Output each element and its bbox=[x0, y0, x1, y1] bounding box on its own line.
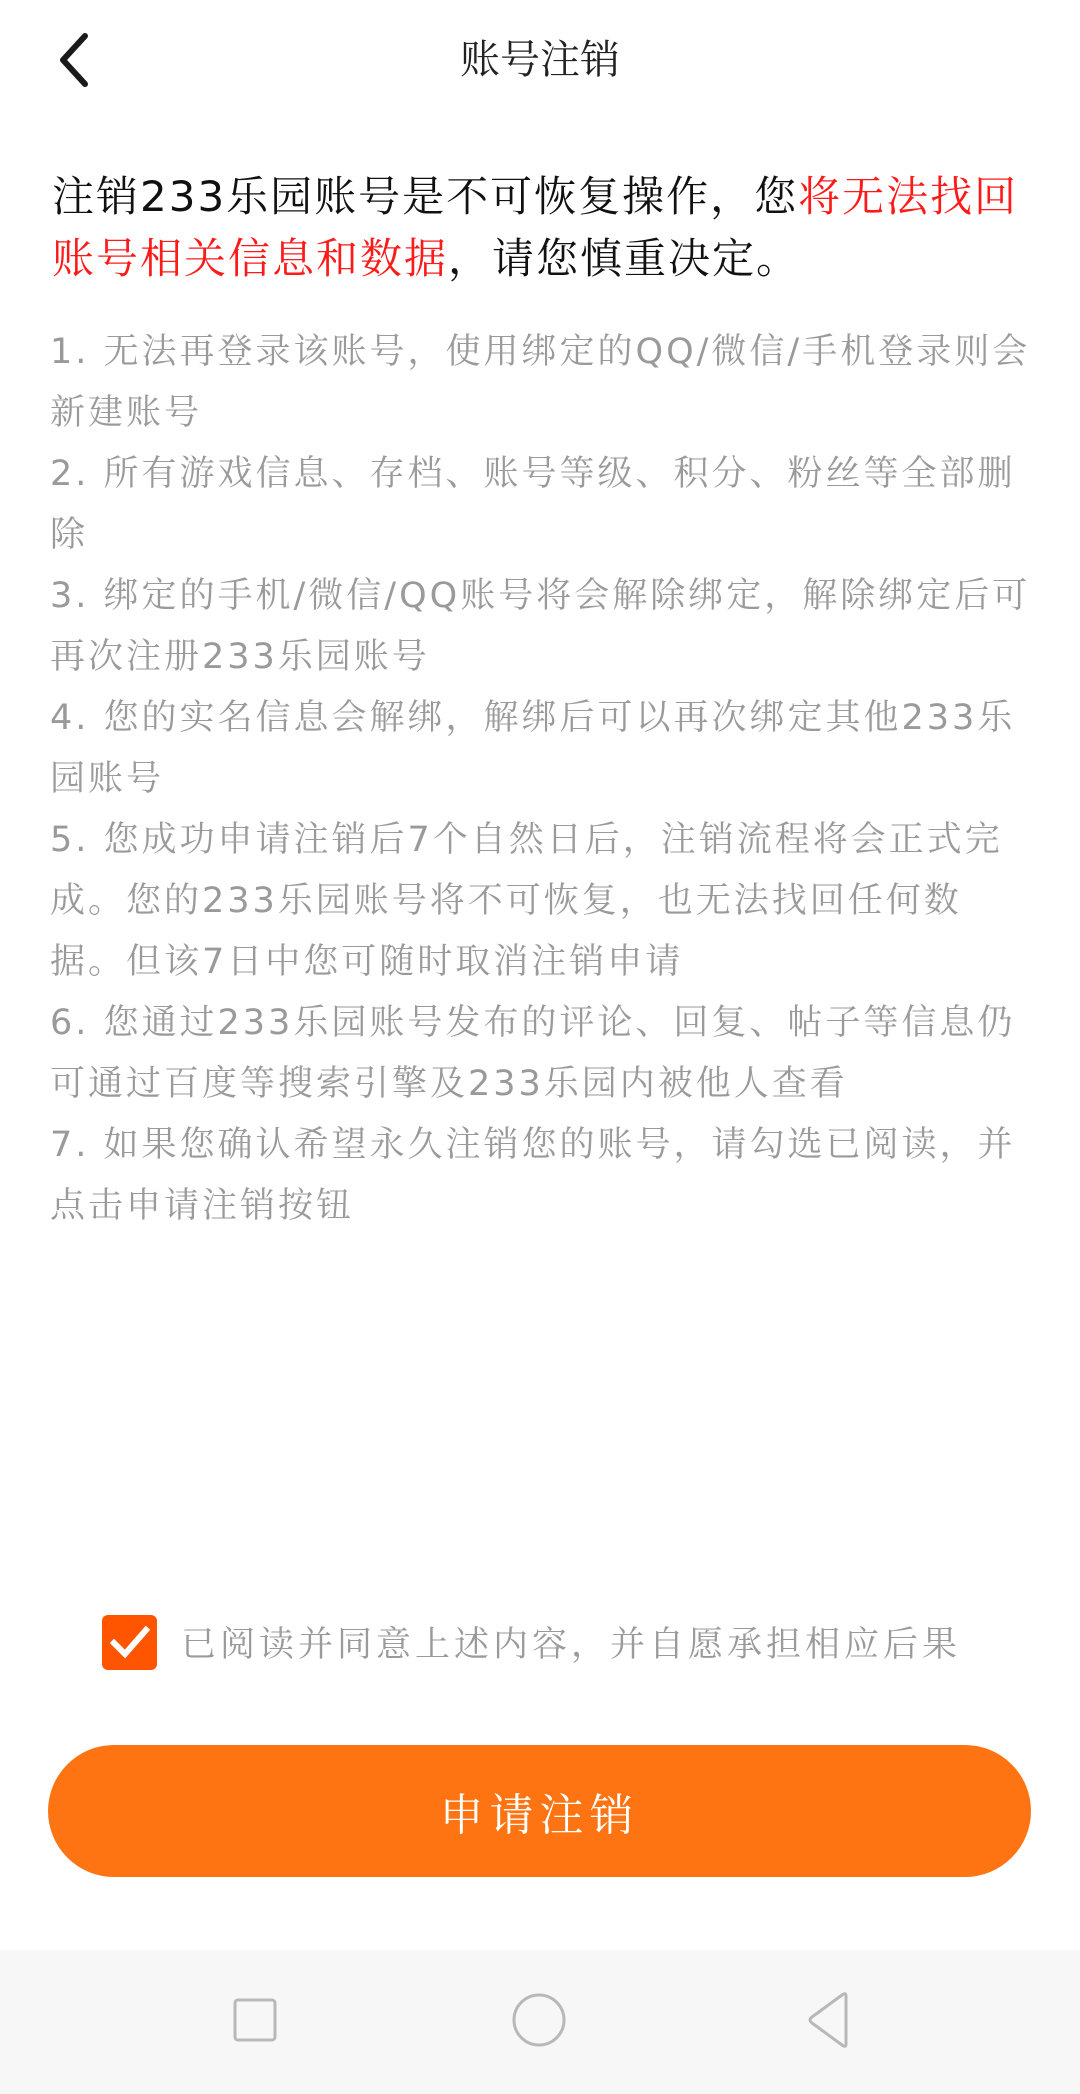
checkmark-icon bbox=[110, 1625, 150, 1659]
list-item: 7. 如果您确认希望永久注销您的账号，请勾选已阅读，并点击申请注销按钮 bbox=[50, 1115, 1035, 1237]
header-bar: 账号注销 bbox=[0, 0, 1080, 120]
triangle-back-icon bbox=[802, 1990, 858, 2050]
recents-button[interactable] bbox=[205, 1970, 305, 2070]
consequence-list: 1. 无法再登录该账号，使用绑定的QQ/微信/手机登录则会新建账号 2. 所有游… bbox=[50, 322, 1035, 1237]
agreement-label[interactable]: 已阅读并同意上述内容，并自愿承担相应后果 bbox=[181, 1617, 961, 1667]
agreement-row[interactable]: 已阅读并同意上述内容，并自愿承担相应后果 bbox=[102, 1612, 1002, 1672]
list-item: 2. 所有游戏信息、存档、账号等级、积分、粉丝等全部删除 bbox=[50, 444, 1035, 566]
square-icon bbox=[230, 1995, 280, 2045]
list-item: 6. 您通过233乐园账号发布的评论、回复、帖子等信息仍可通过百度等搜索引擎及2… bbox=[50, 993, 1035, 1115]
system-navigation-bar bbox=[0, 1950, 1080, 2094]
home-button[interactable] bbox=[489, 1970, 589, 2070]
list-item: 5. 您成功申请注销后7个自然日后，注销流程将会正式完成。您的233乐园账号将不… bbox=[50, 810, 1035, 993]
page-title: 账号注销 bbox=[0, 30, 1080, 90]
apply-cancellation-button[interactable]: 申请注销 bbox=[48, 1745, 1031, 1877]
list-item: 3. 绑定的手机/微信/QQ账号将会解除绑定，解除绑定后可再次注册233乐园账号 bbox=[50, 566, 1035, 688]
list-item: 4. 您的实名信息会解绑，解绑后可以再次绑定其他233乐园账号 bbox=[50, 688, 1035, 810]
list-item: 1. 无法再登录该账号，使用绑定的QQ/微信/手机登录则会新建账号 bbox=[50, 322, 1035, 444]
system-back-button[interactable] bbox=[780, 1970, 880, 2070]
agree-checkbox[interactable] bbox=[102, 1615, 157, 1670]
warning-message: 注销233乐园账号是不可恢复操作，您将无法找回账号相关信息和数据，请您慎重决定。 bbox=[52, 166, 1032, 290]
warning-text-after: ，请您慎重决定。 bbox=[448, 234, 800, 283]
warning-text-before: 注销233乐园账号是不可恢复操作，您 bbox=[52, 172, 798, 221]
circle-icon bbox=[509, 1990, 569, 2050]
